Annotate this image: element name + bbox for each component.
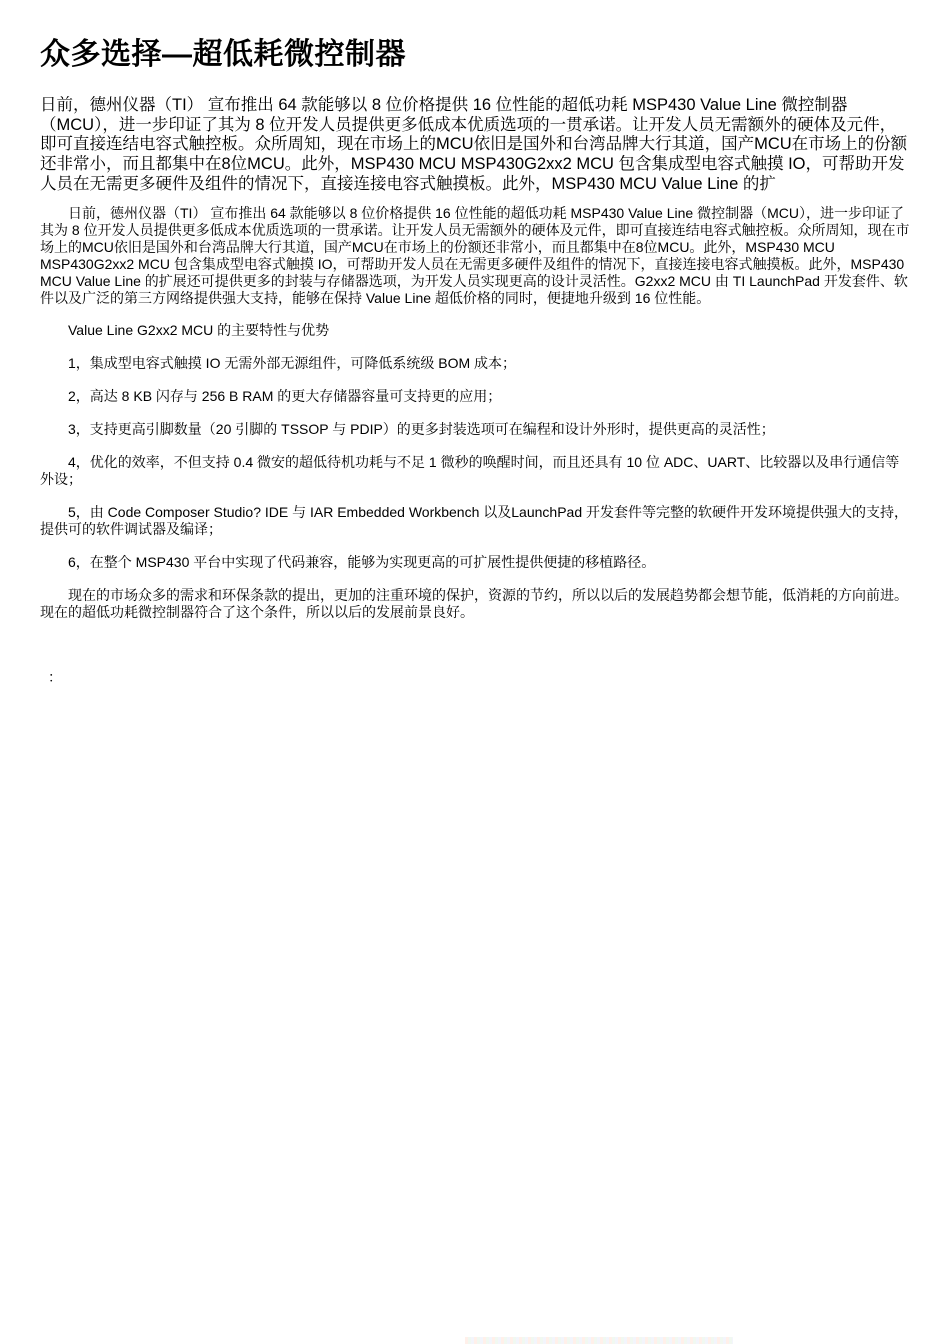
feature-item-3: 3，支持更高引脚数量（20 引脚的 TSSOP 与 PDIP）的更多封装选项可在… (40, 421, 912, 438)
faint-footer-watermark (465, 1337, 733, 1344)
trailing-colon: ： (40, 669, 912, 686)
document-page: 众多选择—超低耗微控制器 日前，德州仪器（TI） 宣布推出 64 款能够以 8 … (0, 0, 950, 1344)
feature-item-4: 4，优化的效率，不但支持 0.4 微安的超低待机功耗与不足 1 微秒的唤醒时间，… (40, 454, 912, 488)
intro-paragraph: 日前，德州仪器（TI） 宣布推出 64 款能够以 8 位价格提供 16 位性能的… (40, 96, 912, 195)
feature-item-6: 6，在整个 MSP430 平台中实现了代码兼容，能够为实现更高的可扩展性提供便捷… (40, 554, 912, 571)
feature-item-1: 1，集成型电容式触摸 IO 无需外部无源组件，可降低系统级 BOM 成本； (40, 355, 912, 372)
page-title: 众多选择—超低耗微控制器 (40, 38, 912, 72)
feature-item-5: 5，由 Code Composer Studio? IDE 与 IAR Embe… (40, 504, 912, 538)
body-paragraph: 日前，德州仪器（TI） 宣布推出 64 款能够以 8 位价格提供 16 位性能的… (40, 205, 912, 307)
feature-item-2: 2，高达 8 KB 闪存与 256 B RAM 的更大存储器容量可支持更的应用； (40, 388, 912, 405)
closing-paragraph: 现在的市场众多的需求和环保条款的提出，更加的注重环境的保护，资源的节约，所以以后… (40, 587, 912, 621)
features-heading: Value Line G2xx2 MCU 的主要特性与优势 (40, 322, 912, 339)
